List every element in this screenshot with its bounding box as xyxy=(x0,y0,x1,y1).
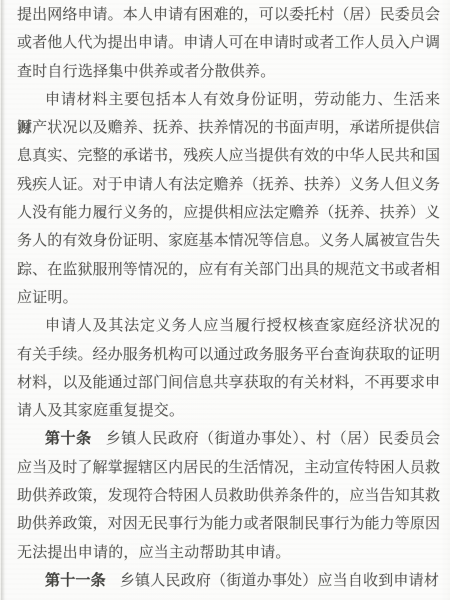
document-line: 踪、在监狱服刑等情况的，应有有关部门出具的规范文书或者相 xyxy=(17,256,440,284)
article-number: 第十一条 xyxy=(45,573,106,589)
article-text: 乡镇人民政府（街道办事处）、村（居）民委员会 xyxy=(106,431,440,447)
scan-edge-shadow xyxy=(1,0,5,600)
document-line: 应证明。 xyxy=(17,284,440,312)
document-line: 有关手续。经办服务机构可以通过政务服务平台查询获取的证明 xyxy=(17,341,440,369)
document-line: 应当及时了解掌握辖区内居民的生活情况，主动宣传特困人员救 xyxy=(17,454,440,482)
article-heading-line: 第十一条乡镇人民政府（街道办事处）应当自收到申请材 xyxy=(17,567,440,595)
scanned-document-page: 提出网络申请。本人申请有困难的，可以委托村（居）民委员会或者他人代为提出申请。申… xyxy=(0,0,450,600)
document-line: 无法提出申请的，应当主动帮助其申请。 xyxy=(17,539,440,567)
document-line: 财产状况以及赡养、抚养、扶养情况的书面声明，承诺所提供信 xyxy=(17,114,440,142)
document-line: 查时自行选择集中供养或者分散供养。 xyxy=(17,58,440,86)
document-line: 息真实、完整的承诺书，残疾人应当提供有效的中华人民共和国 xyxy=(17,142,440,170)
document-line: 或者他人代为提出申请。申请人可在申请时或者工作人员入户调 xyxy=(17,29,440,57)
document-line: 残疾人证。对于申请人有法定赡养（抚养、扶养）义务人但义务 xyxy=(17,171,440,199)
document-line: 务人的有效身份证明、家庭基本情况等信息。义务人属被宣告失 xyxy=(17,227,440,255)
document-line: 材料，以及能通过部门间信息共享获取的有关材料，不再要求申 xyxy=(17,369,440,397)
document-text-block: 提出网络申请。本人申请有困难的，可以委托村（居）民委员会或者他人代为提出申请。申… xyxy=(17,1,440,595)
document-line: 助供养政策，发现符合特困人员救助供养条件的，应当告知其救 xyxy=(17,482,440,510)
article-number: 第十条 xyxy=(45,431,92,447)
document-line: 提出网络申请。本人申请有困难的，可以委托村（居）民委员会 xyxy=(17,1,440,29)
document-line: 人没有能力履行义务的，应提供相应法定赡养（抚养、扶养）义 xyxy=(17,199,440,227)
article-heading-line: 第十条乡镇人民政府（街道办事处）、村（居）民委员会 xyxy=(17,425,440,453)
document-line: 申请材料主要包括本人有效身份证明，劳动能力、生活来源、 xyxy=(17,86,440,114)
document-line: 请人及其家庭重复提交。 xyxy=(17,397,440,425)
document-line: 申请人及其法定义务人应当履行授权核查家庭经济状况的 xyxy=(17,312,440,340)
article-text: 乡镇人民政府（街道办事处）应当自收到申请材 xyxy=(120,573,439,589)
document-line: 助供养政策，对因无民事行为能力或者限制民事行为能力等原因 xyxy=(17,510,440,538)
